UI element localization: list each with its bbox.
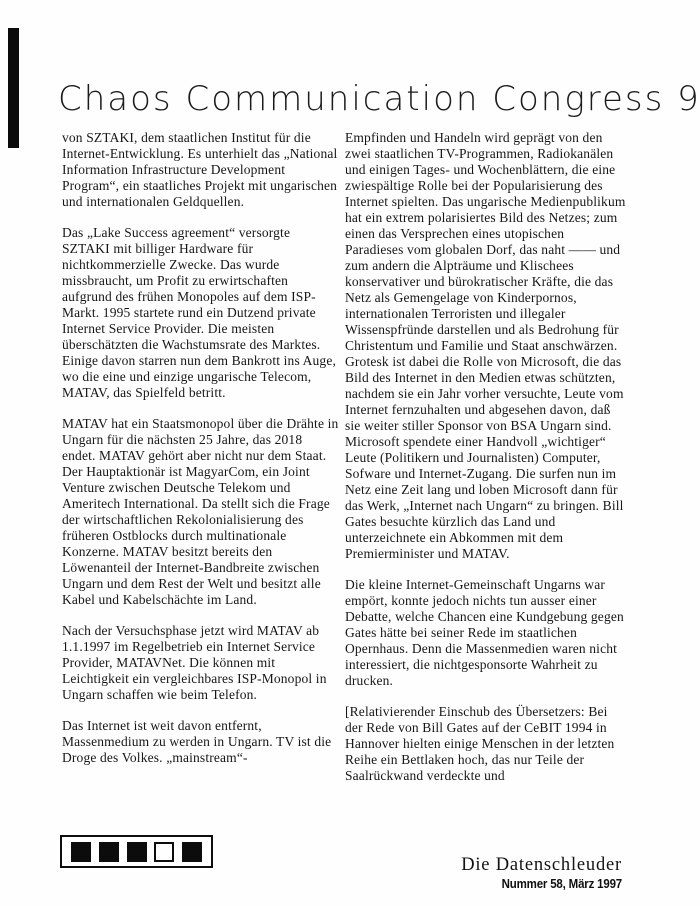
article-column-left: von SZTAKI, dem staatlichen Institut für…: [62, 130, 339, 766]
marker-square-filled: [127, 842, 147, 862]
paragraph: Nach der Versuchsphase jetzt wird MATAV …: [62, 623, 339, 703]
article-column-right: Empfinden und Handeln wird geprägt von d…: [345, 130, 626, 784]
paragraph: Die kleine Internet-Gemeinschaft Ungarns…: [345, 577, 626, 689]
page-marker-squares-box: [60, 835, 213, 868]
footer: Die Datenschleuder Nummer 58, März 1997: [400, 855, 622, 891]
paragraph: [Relativierender Einschub des Übersetzer…: [345, 704, 626, 784]
marker-square-filled: [182, 842, 202, 862]
paragraph: MATAV hat ein Staatsmonopol über die Drä…: [62, 416, 339, 608]
paragraph: Das „Lake Success agreement“ versorgte S…: [62, 225, 339, 401]
marker-square-empty: [154, 842, 174, 862]
paragraph: Das Internet ist weit davon entfernt, Ma…: [62, 718, 339, 766]
marker-square-filled: [99, 842, 119, 862]
binding-mark: [8, 28, 19, 148]
scanned-page: Chaos Communication Congress 96 von SZTA…: [0, 0, 700, 906]
publication-name: Die Datenschleuder: [400, 855, 622, 876]
paragraph: von SZTAKI, dem staatlichen Institut für…: [62, 130, 339, 210]
marker-square-filled: [71, 842, 91, 862]
paragraph: Empfinden und Handeln wird geprägt von d…: [345, 130, 626, 562]
issue-label: Nummer 58, März 1997: [418, 877, 622, 891]
page-title: Chaos Communication Congress 96: [58, 79, 638, 119]
